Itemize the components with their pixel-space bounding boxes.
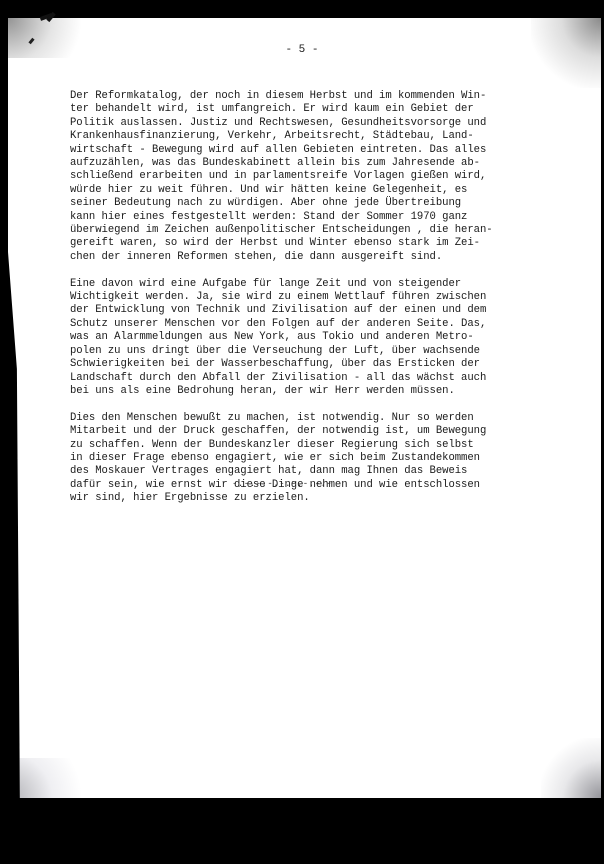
paragraph-2: Eine davon wird eine Aufgabe für lange Z… xyxy=(70,278,570,399)
text-line: ter behandelt wird, ist umfangreich. Er … xyxy=(70,103,570,116)
text-line: Schwierigkeiten bei der Wasserbeschaffun… xyxy=(70,358,570,371)
text-line: Eine davon wird eine Aufgabe für lange Z… xyxy=(70,278,570,291)
text-line: Mitarbeit und der Druck geschaffen, der … xyxy=(70,425,570,438)
text-line: Wichtigkeit werden. Ja, sie wird zu eine… xyxy=(70,291,570,304)
text-line: Landschaft durch den Abfall der Zivilisa… xyxy=(70,372,570,385)
scanned-document: - 5 - Der Reformkatalog, der noch in die… xyxy=(0,0,604,864)
text-line: gereift waren, so wird der Herbst und Wi… xyxy=(70,237,570,250)
text-line: bei uns als eine Bedrohung heran, der wi… xyxy=(70,385,570,398)
end-of-section-mark: -.-.-.-.-.-.-.-.- xyxy=(232,479,332,489)
text-line: Dies den Menschen bewußt zu machen, ist … xyxy=(70,412,570,425)
page-number: - 5 - xyxy=(0,44,604,56)
text-line: Schutz unserer Menschen vor den Folgen a… xyxy=(70,318,570,331)
text-line: Politik auslassen. Justiz und Rechtswese… xyxy=(70,117,570,130)
text-line: in dieser Frage ebenso engagiert, wie er… xyxy=(70,452,570,465)
text-line: schließend erarbeiten und in parlamentsr… xyxy=(70,170,570,183)
body-text: Der Reformkatalog, der noch in diesem He… xyxy=(70,90,570,519)
text-line: zu schaffen. Wenn der Bundeskanzler dies… xyxy=(70,439,570,452)
scan-noise-bottom-right xyxy=(541,738,601,798)
paragraph-3: Dies den Menschen bewußt zu machen, ist … xyxy=(70,412,570,506)
text-line: Krankenhausfinanzierung, Verkehr, Arbeit… xyxy=(70,130,570,143)
text-line: aufzuzählen, was das Bundeskabinett alle… xyxy=(70,157,570,170)
text-line: polen zu uns dringt über die Verseuchung… xyxy=(70,345,570,358)
text-line: was an Alarmmeldungen aus New York, aus … xyxy=(70,331,570,344)
text-line: wirtschaft - Bewegung wird auf allen Geb… xyxy=(70,144,570,157)
text-line: des Moskauer Vertrages engagiert hat, da… xyxy=(70,465,570,478)
text-line: seiner Bedeutung nach zu würdigen. Aber … xyxy=(70,197,570,210)
paragraph-1: Der Reformkatalog, der noch in diesem He… xyxy=(70,90,570,264)
text-line: der Entwicklung von Technik und Zivilisa… xyxy=(70,304,570,317)
text-line: kann hier eines festgestellt werden: Sta… xyxy=(70,211,570,224)
scan-noise-bottom-left xyxy=(8,758,98,798)
text-line: chen der inneren Reformen stehen, die da… xyxy=(70,251,570,264)
text-line: Der Reformkatalog, der noch in diesem He… xyxy=(70,90,570,103)
text-line: würde hier zu weit führen. Und wir hätte… xyxy=(70,184,570,197)
text-line: überwiegend im Zeichen außenpolitischer … xyxy=(70,224,570,237)
text-line: wir sind, hier Ergebnisse zu erzielen. xyxy=(70,492,570,505)
